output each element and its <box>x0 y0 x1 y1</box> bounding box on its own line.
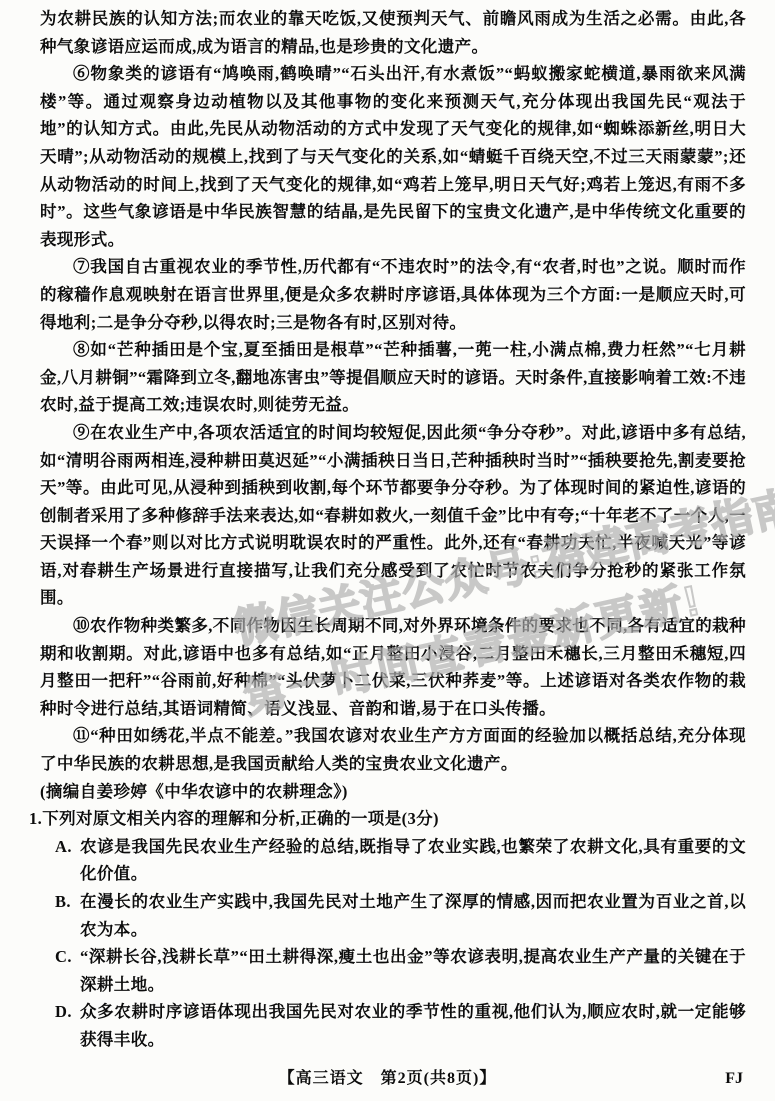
option-c-text: “深耕长谷,浅耕长草”“田土耕得深,瘦土也出金”等农谚表明,提高农业生产产量的关… <box>80 947 746 994</box>
option-b: B.在漫长的农业生产实践中,我国先民对土地产生了深厚的情感,因而把农业置为百业之… <box>40 888 746 943</box>
option-a-label: A. <box>55 833 72 861</box>
footer-page-label: 【高三语文 第2页(共8页)】 <box>0 1065 775 1088</box>
footer-paper-code: FJ <box>725 1070 743 1088</box>
paragraph-11: ⑪“种田如绣花,半点不能差。”我国农谚对农业生产方方面面的经验加以概括总结,充分… <box>40 722 746 777</box>
question-number: 1. <box>29 809 42 828</box>
paragraph-9: ⑨在农业生产中,各项农活适宜的时间均较短促,因此须“争分夺秒”。对此,谚语中多有… <box>40 419 746 612</box>
option-c: C.“深耕长谷,浅耕长草”“田土耕得深,瘦土也出金”等农谚表明,提高农业生产产量… <box>40 943 746 998</box>
option-d-label: D. <box>55 998 72 1026</box>
paragraph-7: ⑦我国自古重视农业的季节性,历代都有“不违农时”的法令,有“农者,时也”之说。顺… <box>40 253 746 336</box>
question-text: 下列对原文相关内容的理解和分析,正确的一项是(3分) <box>42 809 439 828</box>
exam-page: 为农耕民族的认知方法;而农业的靠天吃饭,又使预判天气、前瞻风雨成为生活之必需。由… <box>0 0 775 1101</box>
option-a-text: 农谚是我国先民农业生产经验的总结,既指导了农业实践,也繁荣了农耕文化,具有重要的… <box>80 837 746 884</box>
paragraph-6: ⑥物象类的谚语有“鸠唤雨,鹤唤晴”“石头出汗,有水煮饭”“蚂蚁搬家蛇横道,暴雨欲… <box>40 60 746 253</box>
option-d-text: 众多农耕时序谚语体现出我国先民对农业的季节性的重视,他们认为,顺应农时,就一定能… <box>80 1002 746 1049</box>
paragraph-8: ⑧如“芒种插田是个宝,夏至插田是根草”“芒种插薯,一蔸一柱,小满点棉,费力枉然”… <box>40 336 746 419</box>
option-b-label: B. <box>55 888 71 916</box>
source-attribution: (摘编自姜珍婷《中华农谚中的农耕理念》) <box>40 778 746 806</box>
option-a: A.农谚是我国先民农业生产经验的总结,既指导了农业实践,也繁荣了农耕文化,具有重… <box>40 833 746 888</box>
article-body: 为农耕民族的认知方法;而农业的靠天吃饭,又使预判天气、前瞻风雨成为生活之必需。由… <box>40 5 746 1054</box>
question-1-stem: 1.下列对原文相关内容的理解和分析,正确的一项是(3分) <box>29 805 746 833</box>
paragraph-continuation: 为农耕民族的认知方法;而农业的靠天吃饭,又使预判天气、前瞻风雨成为生活之必需。由… <box>40 5 746 60</box>
option-b-text: 在漫长的农业生产实践中,我国先民对土地产生了深厚的情感,因而把农业置为百业之首,… <box>80 892 746 939</box>
option-d: D.众多农耕时序谚语体现出我国先民对农业的季节性的重视,他们认为,顺应农时,就一… <box>40 998 746 1053</box>
option-c-label: C. <box>55 943 72 971</box>
paragraph-10: ⑩农作物种类繁多,不同作物因生长周期不同,对外界环境条件的要求也不同,各有适宜的… <box>40 612 746 722</box>
